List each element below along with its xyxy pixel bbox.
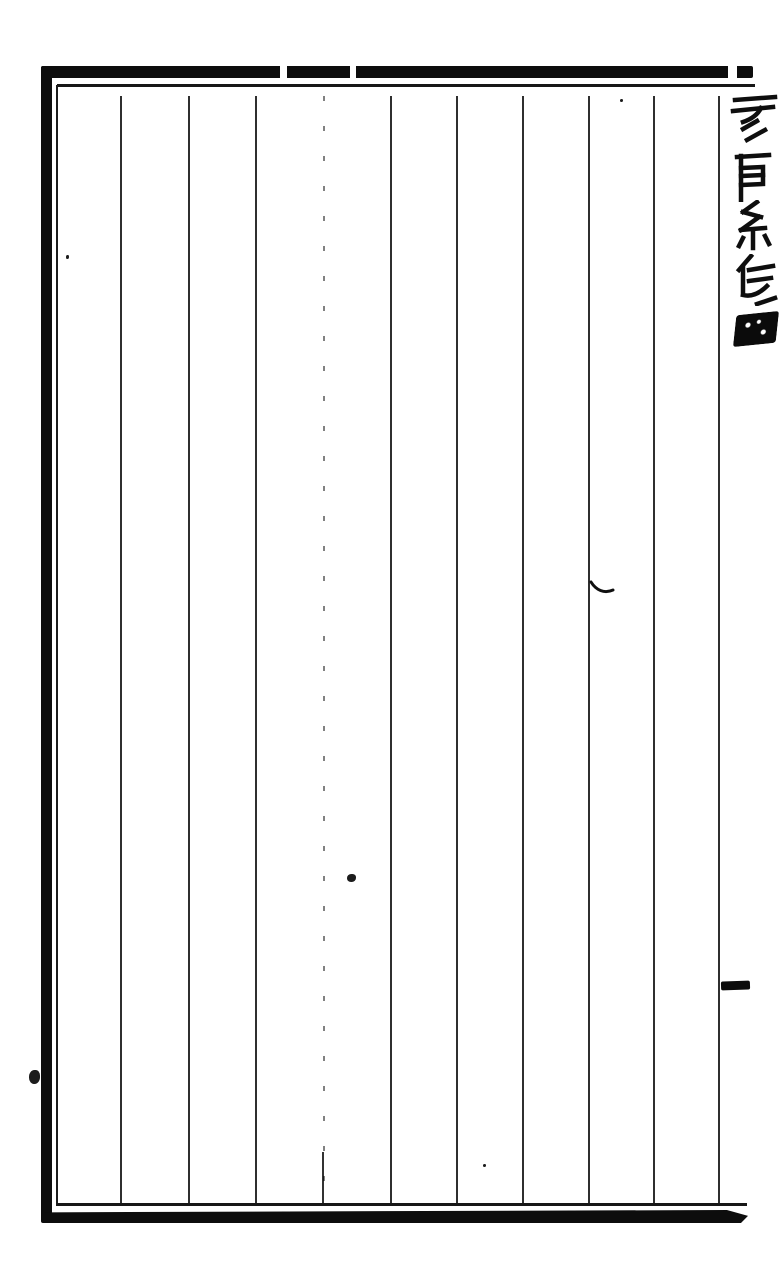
ink-speck [620,99,623,102]
column-line [120,96,122,1203]
title-character-2 [728,150,782,202]
frame-top-inner-line [57,84,755,87]
title-character-3 [728,200,782,252]
column-line [653,96,655,1203]
faint-column-line-tail [322,1152,324,1203]
ink-speck [66,255,69,259]
ink-smudge-ornament [733,311,779,347]
column-line [718,96,720,1203]
curved-ink-tick [588,578,616,604]
frame-top-border-break [280,64,287,80]
ink-speck [483,1164,486,1167]
title-character-4 [728,254,782,306]
scanned-page: 一 [0,0,782,1286]
frame-top-border-break [350,64,356,80]
column-line [588,96,590,1203]
ink-speck [29,1070,40,1084]
column-line [255,96,257,1203]
column-line [188,96,190,1203]
frame-top-border-break [728,64,737,80]
frame-left-inner-line [56,85,58,1206]
ink-speck [347,874,356,882]
column-line [390,96,392,1203]
dash-character: 一 [721,980,750,990]
column-line [456,96,458,1203]
frame-bottom-border [45,1210,748,1223]
column-line [522,96,524,1203]
column-line-faint [323,96,325,1203]
frame-bottom-inner-line [57,1203,747,1206]
frame-top-border [41,66,753,78]
frame-left-border [41,66,52,1223]
title-character-1 [728,92,782,144]
